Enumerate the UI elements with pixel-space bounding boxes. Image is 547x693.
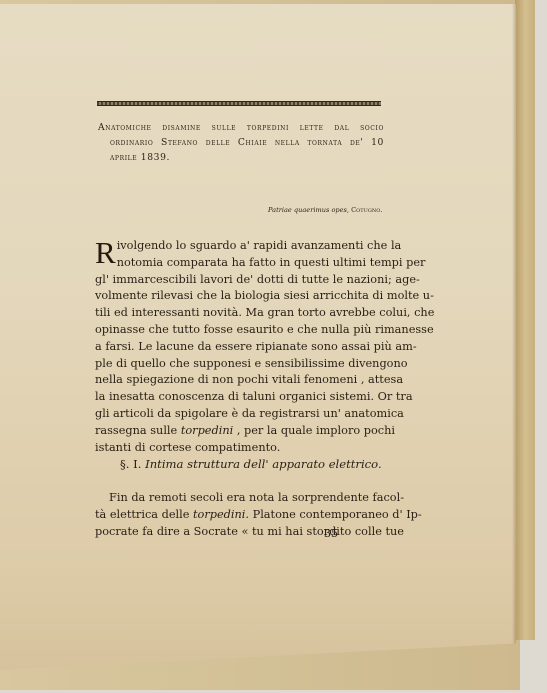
- drop-cap: R: [95, 240, 116, 266]
- italic-term: torpedini: [181, 424, 233, 437]
- text-line: nella spiegazione di non pochi vitali fe…: [95, 372, 385, 389]
- title-line-3: aprile 1839.: [98, 150, 384, 165]
- page-edge-strip: [515, 0, 535, 640]
- epigraph-author: Cotugno.: [351, 206, 382, 214]
- epigraph: Patriae quaerimus opes, Cotugno.: [268, 206, 388, 214]
- text-line: rassegna sulle torpedini , per la quale …: [95, 423, 385, 440]
- text-line: notomia comparata ha fatto in questi ult…: [95, 255, 385, 272]
- text-span: tà elettrica delle: [95, 508, 193, 521]
- text-line: Fin da remoti secoli era nota la sorpren…: [95, 489, 385, 506]
- article-title: Anatomiche disamine sulle torpedini lett…: [98, 120, 384, 165]
- italic-term: torpedini.: [193, 508, 249, 521]
- page-number: 35: [324, 527, 338, 540]
- text-line: istanti di cortese compatimento.: [95, 440, 385, 457]
- title-line-2: ordinario Stefano delle Chiaie nella tor…: [98, 135, 384, 150]
- section-number: §. I.: [120, 457, 141, 471]
- text-line: ivolgendo lo sguardo a' rapidi avanzamen…: [95, 238, 385, 255]
- paragraph-1: R ivolgendo lo sguardo a' rapidi avanzam…: [95, 238, 385, 456]
- ornamental-rule: [97, 101, 381, 106]
- text-line: gli articoli da spigolare è da registrar…: [95, 406, 385, 423]
- text-line: la inesatta conoscenza di taluni organic…: [95, 389, 385, 406]
- text-span: , per la quale imploro pochi: [233, 424, 395, 437]
- text-span: rassegna sulle: [95, 424, 181, 437]
- text-line: volmente rilevasi che la biologia siesi …: [95, 288, 385, 305]
- text-line: ple di quello che supponesi e sensibilis…: [95, 356, 385, 373]
- section-heading: §. I. Intima struttura dell' apparato el…: [120, 457, 390, 471]
- epigraph-text: Patriae quaerimus opes,: [268, 206, 349, 214]
- text-line: a farsi. Le lacune da essere ripianate s…: [95, 339, 385, 356]
- text-line: tili ed interessanti novità. Ma gran tor…: [95, 305, 385, 322]
- text-line: pocrate fa dire a Socrate « tu mi hai st…: [95, 523, 385, 540]
- section-title: Intima struttura dell' apparato elettric…: [145, 457, 382, 471]
- text-span: Platone contemporaneo d' Ip-: [249, 508, 422, 521]
- text-line: gl' immarcescibili lavori de' dotti di t…: [95, 272, 385, 289]
- text-line: opinasse che tutto fosse esaurito e che …: [95, 322, 385, 339]
- title-line-1: Anatomiche disamine sulle torpedini lett…: [98, 120, 384, 135]
- text-line: tà elettrica delle torpedini. Platone co…: [95, 506, 385, 523]
- paragraph-2: Fin da remoti secoli era nota la sorpren…: [95, 489, 385, 540]
